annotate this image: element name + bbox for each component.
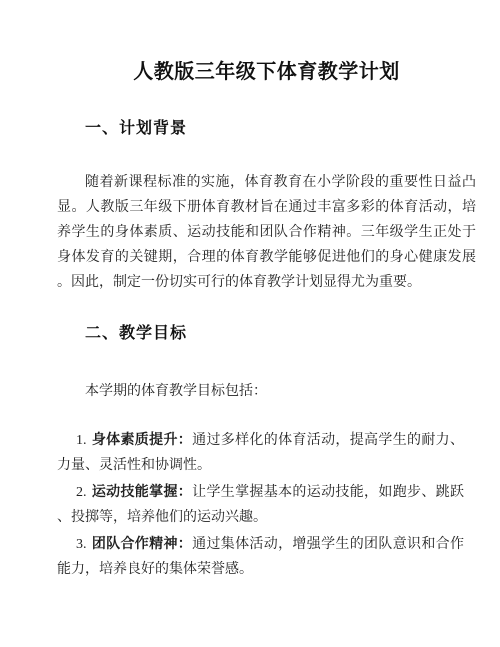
document-title: 人教版三年级下体育教学计划	[57, 57, 476, 87]
section-heading-teaching-goals: 二、教学目标	[57, 323, 476, 345]
item-number: 2.	[76, 485, 87, 500]
goals-list: 1.身体素质提升：通过多样化的体育活动，提高学生的耐力、力量、灵活性和协调性。 …	[57, 428, 476, 582]
list-item: 1.身体素质提升：通过多样化的体育活动，提高学生的耐力、力量、灵活性和协调性。	[57, 428, 464, 478]
item-label: 团队合作精神：	[92, 537, 193, 552]
goals-intro-line: 本学期的体育教学目标包括：	[57, 379, 476, 404]
section-heading-plan-background: 一、计划背景	[57, 118, 476, 140]
item-label: 身体素质提升：	[92, 433, 193, 448]
item-number: 3.	[76, 537, 87, 552]
list-item: 3.团队合作精神：通过集体活动，增强学生的团队意识和合作能力，培养良好的集体荣誉…	[57, 532, 464, 582]
document-page: 人教版三年级下体育教学计划 一、计划背景 随着新课程标准的实施，体育教育在小学阶…	[0, 0, 500, 582]
list-item: 2.运动技能掌握：让学生掌握基本的运动技能，如跑步、跳跃、投掷等，培养他们的运动…	[57, 480, 464, 530]
item-number: 1.	[76, 433, 87, 448]
paragraph-plan-background: 随着新课程标准的实施，体育教育在小学阶段的重要性日益凸显。人教版三年级下册体育教…	[57, 170, 476, 295]
item-label: 运动技能掌握：	[92, 485, 193, 500]
